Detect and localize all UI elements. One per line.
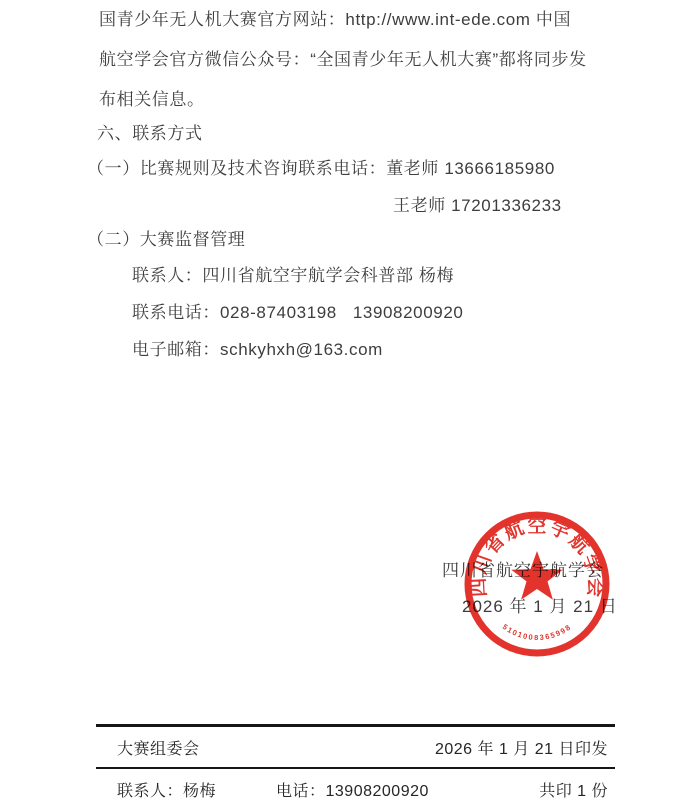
- body-line-supervision: （二）大赛监督管理: [87, 230, 245, 250]
- seal-code-arc-text-container: 5101008365998: [501, 622, 573, 642]
- body-line-contact-person: 联系人：四川省航空宇航学会科普部 杨梅: [132, 266, 454, 286]
- document-page: 国青少年无人机大赛官方网站：http://www.int-ede.com 中国 …: [0, 0, 689, 800]
- official-seal-stamp: 四川省航空宇航学会 5101008365998: [457, 504, 617, 664]
- body-line-wang-phone: 王老师 17201336233: [393, 196, 562, 216]
- body-line-email: 电子邮箱：schkyhxh@163.com: [132, 340, 383, 360]
- section-heading-contact: 六、联系方式: [97, 124, 203, 144]
- footer-copies: 共印 1 份: [96, 778, 608, 800]
- footer-print-date: 2026 年 1 月 21 日印发: [96, 736, 608, 759]
- footer-rule-middle: [96, 767, 615, 769]
- body-line-rules-phone: （一）比赛规则及技术咨询联系电话：董老师 13666185980: [87, 159, 555, 179]
- body-line-wechat: 航空学会官方微信公众号：“全国青少年无人机大赛”都将同步发: [99, 50, 587, 70]
- footer-rule-top: [96, 724, 615, 727]
- body-line-website: 国青少年无人机大赛官方网站：http://www.int-ede.com 中国: [99, 10, 571, 30]
- seal-star-icon: [511, 551, 562, 600]
- body-line-contact-phone: 联系电话：028-87403198 13908200920: [132, 303, 463, 323]
- body-line-info: 布相关信息。: [99, 90, 205, 110]
- seal-code-text: 5101008365998: [501, 622, 573, 642]
